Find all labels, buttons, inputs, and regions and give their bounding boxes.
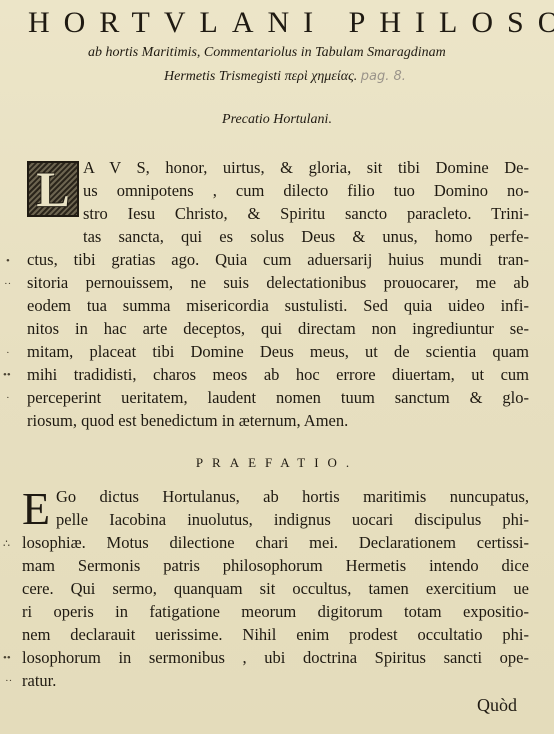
margin-mark: ·· [5, 675, 12, 687]
text-line: Go dictus Hortulanus, ab hortis maritimi… [56, 487, 529, 507]
margin-mark: •• [3, 652, 11, 664]
text-line: losophiæ. Motus dilectione chari mei. De… [22, 533, 529, 553]
subtitle-line-2-text: Hermetis Trismegisti περὶ χημείας. [164, 69, 357, 84]
catchword: Quòd [477, 695, 517, 716]
initial-E: E [22, 486, 50, 532]
text-line: ri operis in fatigatione meorum digitoru… [22, 602, 529, 622]
text-line: A V S, honor, uirtus, & gloria, sit tibi… [83, 158, 529, 178]
text-line: nitos in hac arte deceptos, qui directam… [27, 319, 529, 339]
handwritten-page-annotation: pag. 8. [361, 69, 406, 84]
margin-mark: • [6, 255, 10, 267]
page-title: HORTVLANI PHILOSO= [28, 6, 548, 40]
text-line: riosum, quod est benedictum in æternum, … [27, 411, 348, 431]
book-page: HORTVLANI PHILOSO= ab hortis Maritimis, … [0, 0, 554, 734]
praefatio-heading: PRAEFATIO. [0, 455, 554, 471]
margin-mark: · [6, 347, 10, 359]
precatio-heading: Precatio Hortulani. [0, 112, 554, 128]
text-line: losophorum in sermonibus , ubi doctrina … [22, 648, 529, 668]
text-line: us omnipotens , cum dilecto filio tuo Do… [83, 181, 529, 201]
text-line: mihi tradidisti, charos meos ab hoc erro… [27, 365, 529, 385]
text-line: mitam, placeat tibi Domine Deus meus, ut… [27, 342, 529, 362]
text-line: pelle Iacobina inuolutus, indignus uocar… [56, 510, 529, 530]
decorated-initial-L: L [27, 161, 79, 217]
subtitle-line-2: Hermetis Trismegisti περὶ χημείας. pag. … [164, 69, 406, 85]
margin-mark: · [6, 392, 10, 404]
text-line: eodem tua summa misericordia sustulisti.… [27, 296, 529, 316]
text-line: stro Iesu Christo, & Spiritu sancto para… [83, 204, 529, 224]
margin-mark: •• [3, 369, 11, 381]
text-line: perceperint ueritatem, laudent nomen tuu… [27, 388, 529, 408]
decorated-initial-L-letter: L [36, 164, 69, 214]
text-line: ratur. [22, 671, 56, 691]
margin-mark: ·· [4, 278, 11, 290]
text-line: nem declarauit uerissime. Nihil enim pro… [22, 625, 529, 645]
text-line: sitoria pernouissem, ne suis delectation… [27, 273, 529, 293]
text-line: cere. Qui sermo, quanquam sit occultus, … [22, 579, 529, 599]
text-line: mam Sermonis patris philosophorum Hermet… [22, 556, 529, 576]
text-line: tas sancta, qui es solus Deus & unus, ho… [83, 227, 529, 247]
text-line: ctus, tibi gratias ago. Quia cum aduersa… [27, 250, 529, 270]
margin-mark: ∴ [3, 537, 10, 550]
subtitle-line-1: ab hortis Maritimis, Commentariolus in T… [88, 45, 446, 61]
